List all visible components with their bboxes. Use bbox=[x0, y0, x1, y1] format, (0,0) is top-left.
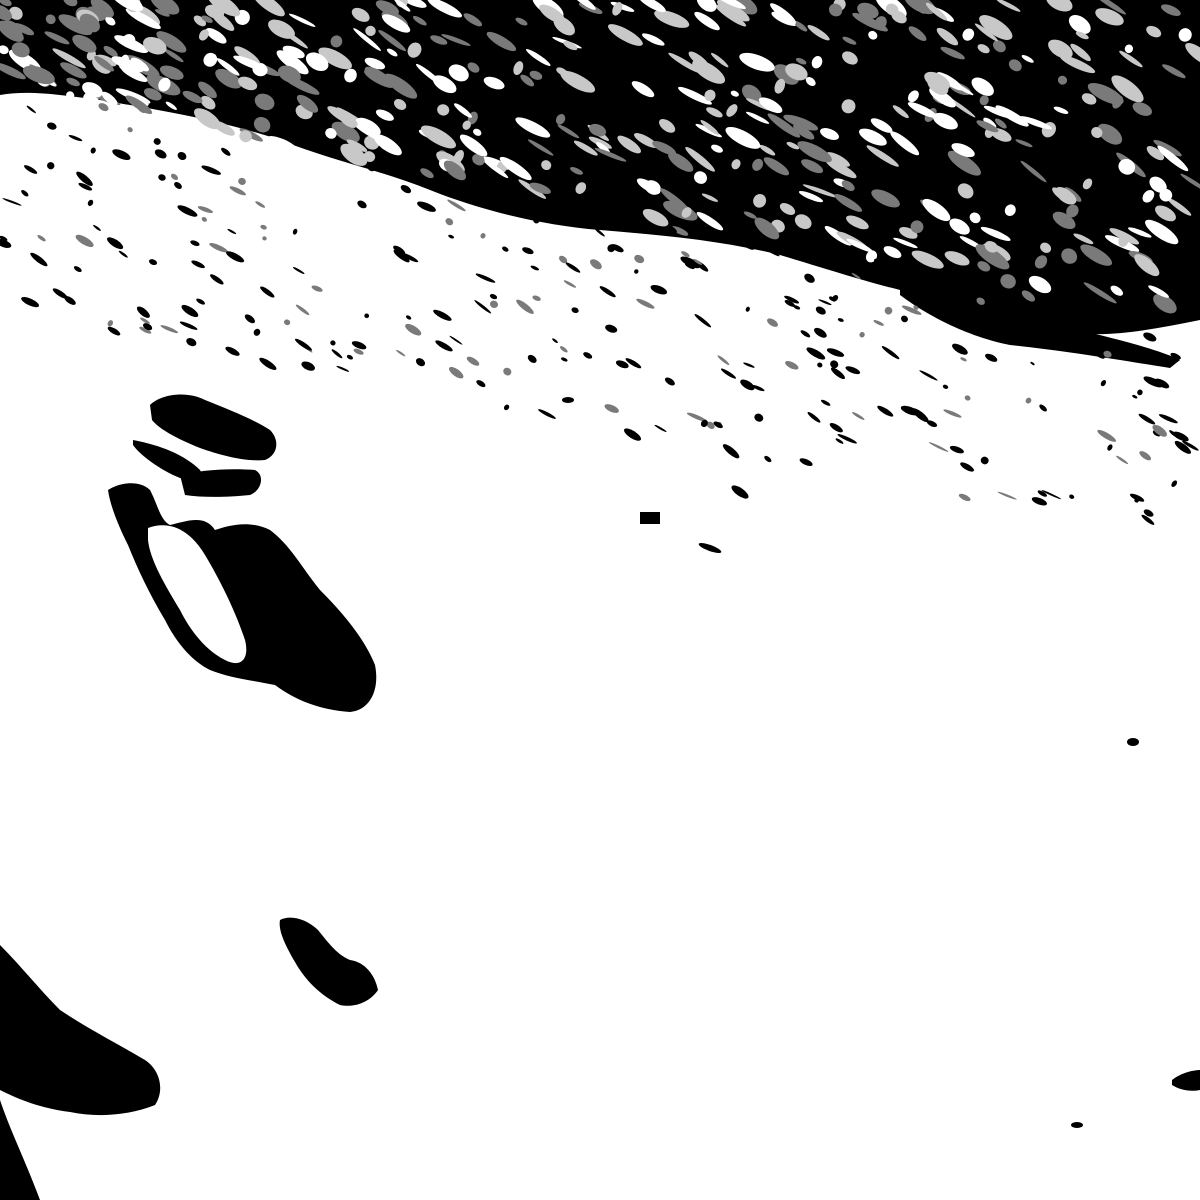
speck bbox=[640, 512, 660, 524]
thresholded-aerial-image bbox=[0, 0, 1200, 1200]
speck bbox=[1071, 1122, 1083, 1128]
speck bbox=[1127, 738, 1139, 746]
speck bbox=[562, 397, 574, 403]
